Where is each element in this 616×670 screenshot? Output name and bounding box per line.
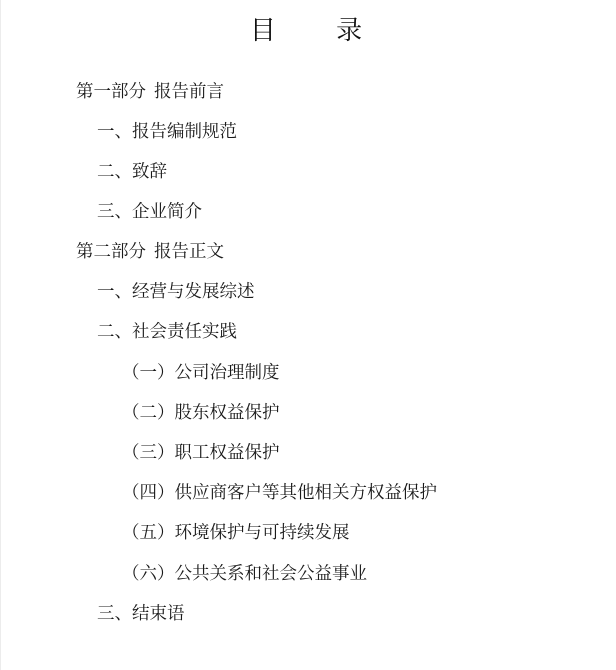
toc-part-title: 报告正文: [154, 242, 224, 262]
toc-item-stakeholder-rights[interactable]: （四）供应商客户等其他相关方权益保护: [122, 481, 437, 505]
toc-item-shareholder-rights[interactable]: （二）股东权益保护: [122, 401, 280, 425]
page-edge: [0, 0, 1, 670]
toc-part-label: 第一部分: [76, 82, 146, 102]
toc-part-title: 报告前言: [154, 82, 224, 102]
toc-item-company-profile[interactable]: 三、企业简介: [97, 200, 202, 224]
toc-part-1[interactable]: 第一部分报告前言: [76, 80, 224, 104]
toc-item-address[interactable]: 二、致辞: [97, 160, 167, 184]
toc-item-csr-practice[interactable]: 二、社会责任实践: [97, 320, 237, 344]
toc-item-public-welfare[interactable]: （六）公共关系和社会公益事业: [122, 562, 367, 586]
toc-part-label: 第二部分: [76, 242, 146, 262]
toc-item-employee-rights[interactable]: （三）职工权益保护: [122, 441, 280, 465]
toc-item-environment[interactable]: （五）环境保护与可持续发展: [122, 521, 350, 545]
toc-item-corporate-governance[interactable]: （一）公司治理制度: [122, 361, 280, 385]
toc-part-2[interactable]: 第二部分报告正文: [76, 240, 224, 264]
toc-item-operations-overview[interactable]: 一、经营与发展综述: [97, 280, 255, 304]
page-title: 目 录: [0, 14, 616, 48]
toc-item-conclusion[interactable]: 三、结束语: [97, 602, 185, 626]
toc-item-report-standards[interactable]: 一、报告编制规范: [97, 120, 237, 144]
